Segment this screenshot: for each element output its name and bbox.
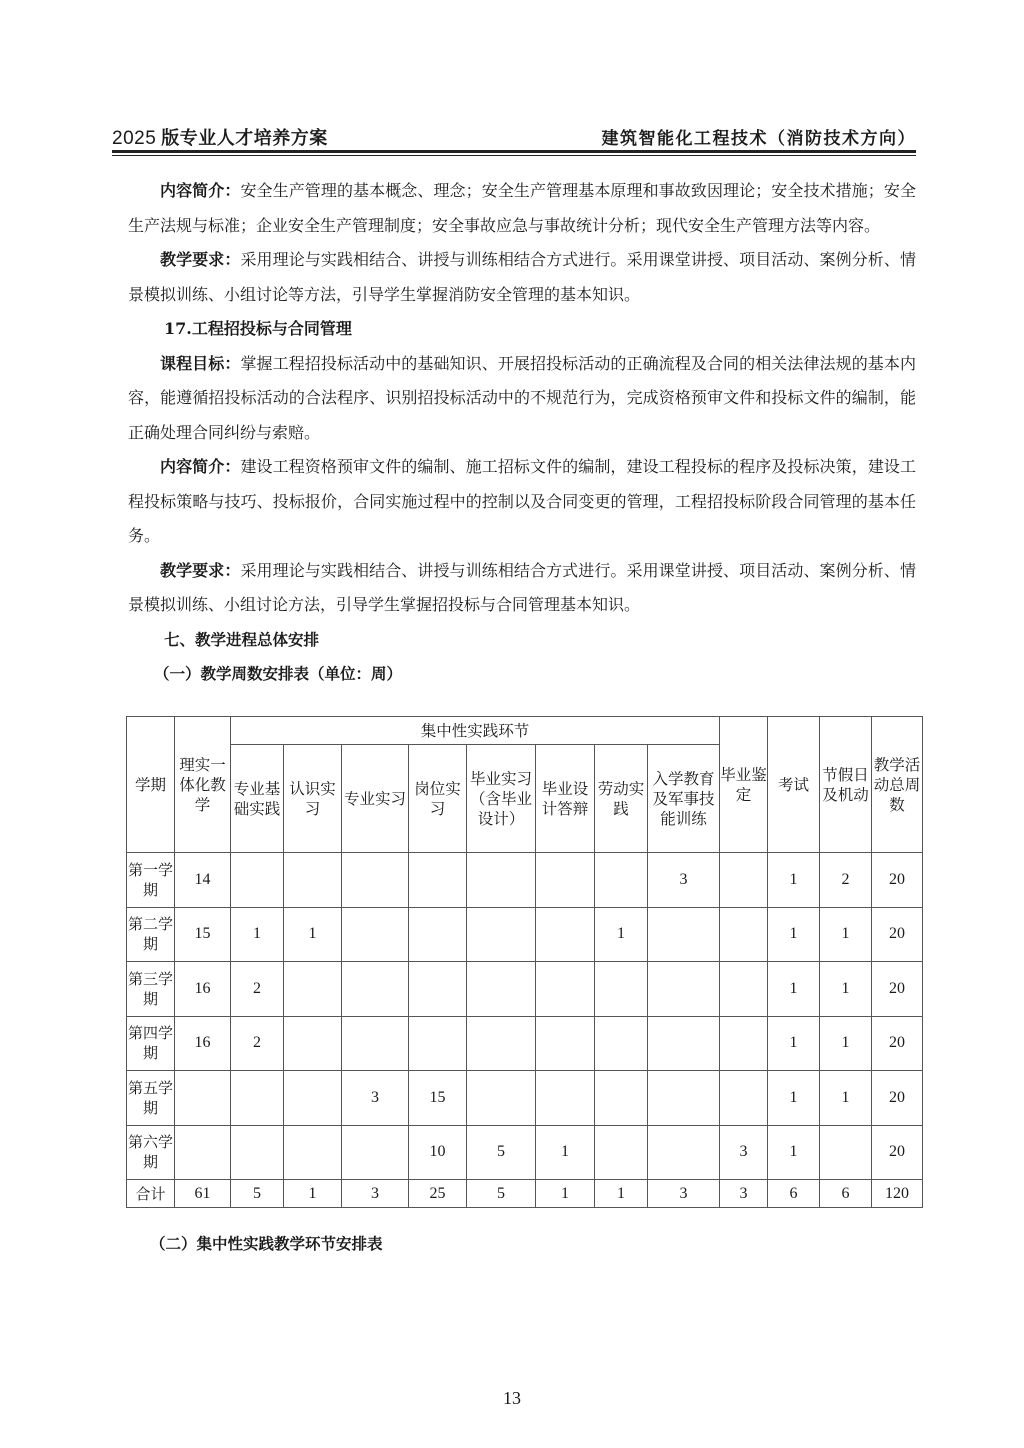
cell: 1 xyxy=(820,907,872,962)
header-holiday: 节假日及机动 xyxy=(820,717,872,853)
cell xyxy=(467,962,536,1017)
cell: 1 xyxy=(768,1016,820,1071)
total-cell: 61 xyxy=(175,1180,231,1208)
header-major-intern: 专业实习 xyxy=(342,745,409,853)
cell xyxy=(231,1125,284,1180)
course17-content-paragraph: 内容简介：建设工程资格预审文件的编制、施工招标文件的编制，建设工程投标的程序及投… xyxy=(128,450,916,554)
cell: 20 xyxy=(872,1071,923,1126)
total-cell: 3 xyxy=(342,1180,409,1208)
header-grad-appraisal: 毕业鉴定 xyxy=(720,717,768,853)
header-document-title: 2025 版专业人才培养方案 xyxy=(112,124,328,150)
cell xyxy=(342,1125,409,1180)
cell: 1 xyxy=(536,1125,595,1180)
header-post-intern: 岗位实习 xyxy=(409,745,467,853)
course17-content-text: 建设工程资格预审文件的编制、施工招标文件的编制，建设工程投标的程序及投标决策，建… xyxy=(128,457,916,545)
cell xyxy=(284,1016,342,1071)
cell: 1 xyxy=(284,907,342,962)
row-term: 第四学期 xyxy=(127,1016,175,1071)
table-row: 第二学期 151111120 xyxy=(127,907,923,962)
cell: 1 xyxy=(768,853,820,908)
course17-goal-text: 掌握工程招投标活动中的基础知识、开展招投标活动的正确流程及合同的相关法律法规的基… xyxy=(128,354,916,442)
course17-req-text: 采用理论与实践相结合、讲授与训练相结合方式进行。采用课堂讲授、项目活动、案例分析… xyxy=(128,561,916,615)
course16-req-text: 采用理论与实践相结合、讲授与训练相结合方式进行。采用课堂讲授、项目活动、案例分析… xyxy=(128,250,916,304)
header-grad-intern: 毕业实习（含毕业设计） xyxy=(467,745,536,853)
cell: 1 xyxy=(768,907,820,962)
cell xyxy=(409,907,467,962)
section7-heading: 七、教学进程总体安排 xyxy=(128,623,916,658)
course17-content-label: 内容简介： xyxy=(160,457,240,476)
cell xyxy=(820,1125,872,1180)
header-plan-title: 版专业人才培养方案 xyxy=(161,128,328,148)
header-basic-practice: 专业基础实践 xyxy=(231,745,284,853)
cell: 1 xyxy=(820,1071,872,1126)
header-year: 2025 xyxy=(112,128,156,149)
course17-goal-paragraph: 课程目标：掌握工程招投标活动中的基础知识、开展招投标活动的正确流程及合同的相关法… xyxy=(128,347,916,451)
cell xyxy=(175,1125,231,1180)
cell: 3 xyxy=(342,1071,409,1126)
header-labor-practice: 劳动实践 xyxy=(595,745,648,853)
cell: 5 xyxy=(467,1125,536,1180)
teaching-weeks-table: 学期 理实一体化教学 集中性实践环节 毕业鉴定 考试 节假日及机动 教学活动总周… xyxy=(126,716,923,1208)
cell xyxy=(536,1071,595,1126)
cell xyxy=(409,1016,467,1071)
header-orientation-military: 入学教育及军事技能训练 xyxy=(648,745,720,853)
row-term: 第二学期 xyxy=(127,907,175,962)
cell xyxy=(284,853,342,908)
course17-goal-label: 课程目标： xyxy=(160,354,240,373)
cell xyxy=(467,907,536,962)
row-term: 第六学期 xyxy=(127,1125,175,1180)
cell xyxy=(648,1016,720,1071)
header-practice-group: 集中性实践环节 xyxy=(231,717,720,745)
total-cell: 5 xyxy=(467,1180,536,1208)
course17-requirement-paragraph: 教学要求：采用理论与实践相结合、讲授与训练相结合方式进行。采用课堂讲授、项目活动… xyxy=(128,554,916,623)
cell: 3 xyxy=(648,853,720,908)
cell xyxy=(536,1016,595,1071)
header-total-weeks: 教学活动总周数 xyxy=(872,717,923,853)
cell: 10 xyxy=(409,1125,467,1180)
total-label: 合计 xyxy=(127,1180,175,1208)
cell xyxy=(284,1071,342,1126)
cell: 1 xyxy=(768,1071,820,1126)
cell xyxy=(648,962,720,1017)
cell: 1 xyxy=(768,962,820,1017)
cell xyxy=(720,907,768,962)
cell: 16 xyxy=(175,1016,231,1071)
table-total-row: 合计 61513255113366120 xyxy=(127,1180,923,1208)
total-cell: 3 xyxy=(720,1180,768,1208)
row-term: 第五学期 xyxy=(127,1071,175,1126)
cell xyxy=(467,853,536,908)
cell: 15 xyxy=(175,907,231,962)
table2-caption: （二）集中性实践教学环节安排表 xyxy=(150,1232,383,1254)
total-cell: 6 xyxy=(820,1180,872,1208)
course16-content-label: 内容简介： xyxy=(160,181,240,200)
cell: 1 xyxy=(231,907,284,962)
header-exam: 考试 xyxy=(768,717,820,853)
cell xyxy=(342,962,409,1017)
course16-requirement-paragraph: 教学要求：采用理论与实践相结合、讲授与训练相结合方式进行。采用课堂讲授、项目活动… xyxy=(128,243,916,312)
cell: 16 xyxy=(175,962,231,1017)
cell xyxy=(231,853,284,908)
total-cell: 120 xyxy=(872,1180,923,1208)
cell xyxy=(467,1016,536,1071)
table-row: 第五学期 3151120 xyxy=(127,1071,923,1126)
table-row: 第一学期 1431220 xyxy=(127,853,923,908)
table1-caption: （一）教学周数安排表（单位：周） xyxy=(128,657,916,692)
total-cell: 1 xyxy=(536,1180,595,1208)
cell xyxy=(342,853,409,908)
header-theory-practice: 理实一体化教学 xyxy=(175,717,231,853)
cell xyxy=(536,907,595,962)
course16-req-label: 教学要求： xyxy=(160,250,240,269)
body-content: 内容简介：安全生产管理的基本概念、理念；安全生产管理基本原理和事故致因理论；安全… xyxy=(128,174,916,692)
cell xyxy=(284,962,342,1017)
course16-content-paragraph: 内容简介：安全生产管理的基本概念、理念；安全生产管理基本原理和事故致因理论；安全… xyxy=(128,174,916,243)
header-term: 学期 xyxy=(127,717,175,853)
cell: 1 xyxy=(595,907,648,962)
cell xyxy=(648,907,720,962)
cell: 1 xyxy=(820,962,872,1017)
cell xyxy=(595,1071,648,1126)
header-major-title: 建筑智能化工程技术（消防技术方向） xyxy=(602,124,917,149)
course16-content-text: 安全生产管理的基本概念、理念；安全生产管理基本原理和事故致因理论；安全技术措施；… xyxy=(128,181,916,235)
header-rule-thick xyxy=(112,150,916,153)
header-cognitive-intern: 认识实习 xyxy=(284,745,342,853)
cell xyxy=(595,1125,648,1180)
page-header: 2025 版专业人才培养方案 建筑智能化工程技术（消防技术方向） xyxy=(112,120,916,148)
cell: 15 xyxy=(409,1071,467,1126)
page-number: 13 xyxy=(0,1388,1024,1409)
total-cell: 1 xyxy=(284,1180,342,1208)
cell xyxy=(342,907,409,962)
total-cell: 5 xyxy=(231,1180,284,1208)
cell xyxy=(720,1071,768,1126)
cell: 2 xyxy=(231,1016,284,1071)
cell xyxy=(648,1125,720,1180)
total-cell: 1 xyxy=(595,1180,648,1208)
cell: 1 xyxy=(820,1016,872,1071)
cell xyxy=(720,853,768,908)
cell xyxy=(342,1016,409,1071)
cell xyxy=(231,1071,284,1126)
table-row: 第三学期 1621120 xyxy=(127,962,923,1017)
cell xyxy=(536,962,595,1017)
cell: 3 xyxy=(720,1125,768,1180)
cell xyxy=(595,1016,648,1071)
cell: 20 xyxy=(872,907,923,962)
cell xyxy=(284,1125,342,1180)
cell xyxy=(409,853,467,908)
cell: 14 xyxy=(175,853,231,908)
cell: 20 xyxy=(872,1016,923,1071)
cell xyxy=(467,1071,536,1126)
cell xyxy=(175,1071,231,1126)
header-grad-defense: 毕业设计答辩 xyxy=(536,745,595,853)
cell: 2 xyxy=(231,962,284,1017)
cell: 20 xyxy=(872,1125,923,1180)
cell xyxy=(595,853,648,908)
cell xyxy=(720,962,768,1017)
cell xyxy=(595,962,648,1017)
cell: 1 xyxy=(768,1125,820,1180)
table-row: 第四学期 1621120 xyxy=(127,1016,923,1071)
cell: 20 xyxy=(872,853,923,908)
cell xyxy=(720,1016,768,1071)
header-rule-thin xyxy=(112,155,916,156)
total-cell: 25 xyxy=(409,1180,467,1208)
course17-title: 17.工程招投标与合同管理 xyxy=(128,312,916,347)
cell: 20 xyxy=(872,962,923,1017)
cell xyxy=(648,1071,720,1126)
row-term: 第一学期 xyxy=(127,853,175,908)
total-cell: 3 xyxy=(648,1180,720,1208)
table-row: 第六学期 10513120 xyxy=(127,1125,923,1180)
total-cell: 6 xyxy=(768,1180,820,1208)
table-header-row-1: 学期 理实一体化教学 集中性实践环节 毕业鉴定 考试 节假日及机动 教学活动总周… xyxy=(127,717,923,745)
course17-req-label: 教学要求： xyxy=(160,561,240,580)
cell xyxy=(536,853,595,908)
cell xyxy=(409,962,467,1017)
row-term: 第三学期 xyxy=(127,962,175,1017)
cell: 2 xyxy=(820,853,872,908)
